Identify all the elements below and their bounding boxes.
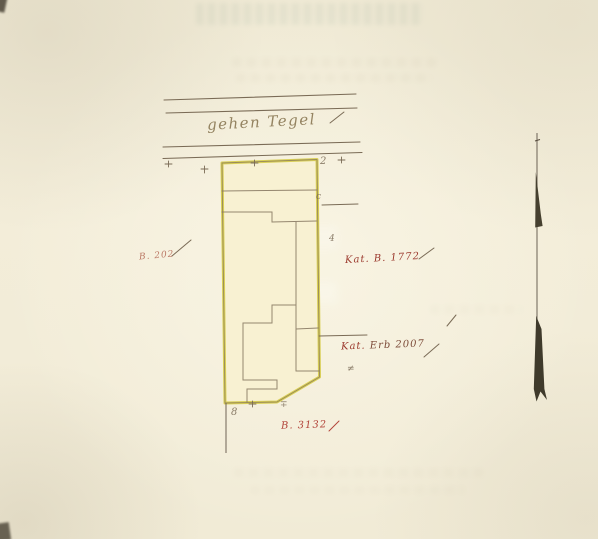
- parcel-number-bottom: B. 3132: [281, 419, 328, 432]
- plan-drawing: [0, 0, 598, 539]
- parcel-outline: [222, 160, 320, 404]
- mark-corner-right: ≠: [347, 364, 355, 374]
- cadastre-label-upper-prefix: Kat.: [345, 253, 374, 265]
- neighbour-boundary-lines: [319, 204, 367, 336]
- cadastre-label-lower-number: Erb 2007: [370, 339, 425, 352]
- check-slash-red: [329, 421, 339, 431]
- mark-bottom-left: 8: [231, 407, 237, 418]
- mark-right-upper: c: [316, 192, 321, 202]
- mark-right-mid: 4: [329, 234, 335, 244]
- mark-bottom-mid: ∓: [280, 400, 288, 410]
- cadastre-label-lower-prefix: Kat.: [341, 340, 370, 352]
- mark-top-right: 2: [320, 156, 326, 167]
- scanned-cadastral-map: gehen Tegel B. 202 Kat. B. 1772 Kat. Erb…: [0, 0, 598, 539]
- north-needle-icon: [534, 133, 547, 402]
